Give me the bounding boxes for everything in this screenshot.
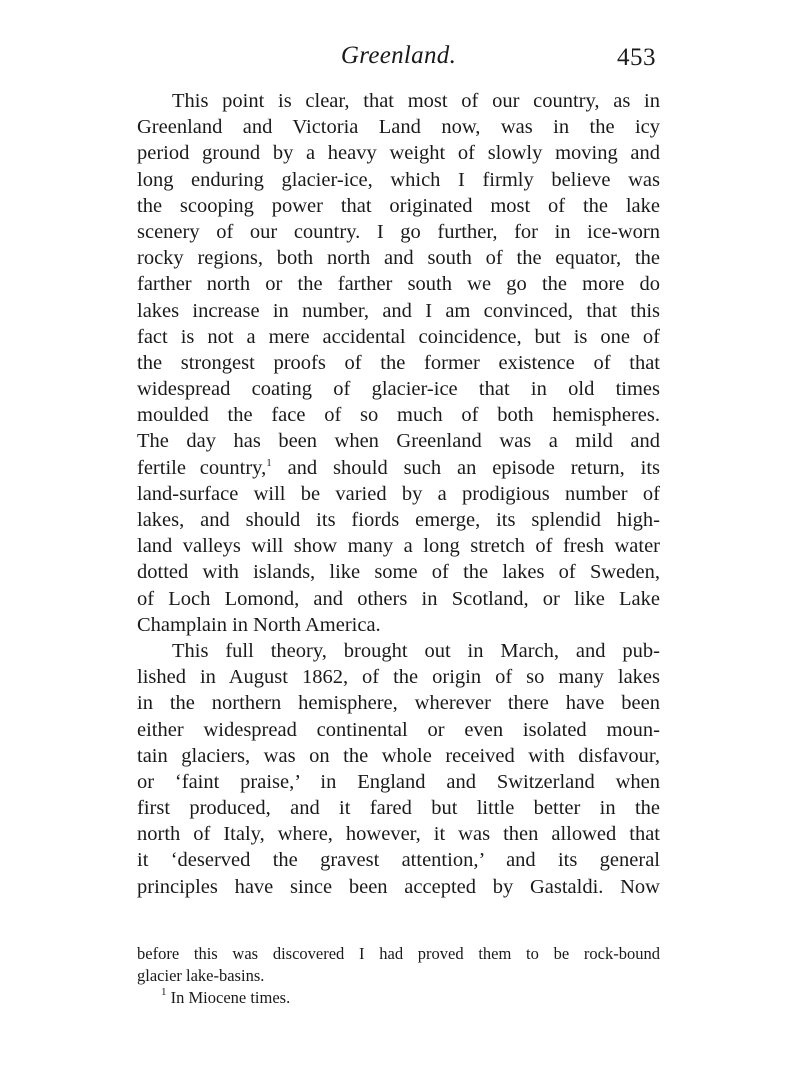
text-line: fact is not a mere accidental coincidenc… <box>137 324 660 350</box>
book-page: Greenland. 453 This point is clear, that… <box>0 0 795 1075</box>
text-line: dotted with islands, like some of the la… <box>137 559 660 585</box>
text-line: the scooping power that originated most … <box>137 193 660 219</box>
running-head: Greenland. 453 <box>137 42 660 82</box>
text-line: of Loch Lomond, and others in Scotland, … <box>137 586 660 612</box>
text-line: Greenland and Victoria Land now, was in … <box>137 114 660 140</box>
text-line: either widespread continental or even is… <box>137 717 660 743</box>
text-line: tain glaciers, was on the whole received… <box>137 743 660 769</box>
text-line: or ‘faint praise,’ in England and Switze… <box>137 769 660 795</box>
text-line: long enduring glacier-ice, which I firml… <box>137 167 660 193</box>
text-line: lakes, and should its fiords emerge, its… <box>137 507 660 533</box>
text-line: This point is clear, that most of our co… <box>137 88 660 114</box>
footnote-1: 1 In Miocene times. <box>137 987 660 1009</box>
text-line: widespread coating of glacier-ice that i… <box>137 376 660 402</box>
page-number: 453 <box>617 44 656 72</box>
footnote-text: In Miocene times. <box>171 988 291 1007</box>
footnotes: before this was discovered I had proved … <box>137 943 660 1009</box>
text-line: lakes increase in number, and I am convi… <box>137 298 660 324</box>
body-text: This point is clear, that most of our co… <box>137 88 660 900</box>
footnote-marker: 1 <box>161 986 167 998</box>
text-line: land valleys will show many a long stret… <box>137 533 660 559</box>
text-line: The day has been when Greenland was a mi… <box>137 428 660 454</box>
footnote-continued-line: before this was discovered I had proved … <box>137 943 660 965</box>
text-line: in the northern hemisphere, wherever the… <box>137 690 660 716</box>
text-line: lished in August 1862, of the origin of … <box>137 664 660 690</box>
text-line: period ground by a heavy weight of slowl… <box>137 140 660 166</box>
text-line: land-surface will be varied by a prodigi… <box>137 481 660 507</box>
text-line: Champlain in North America. <box>137 612 660 638</box>
text-line: fertile country,1 and should such an epi… <box>137 455 660 481</box>
text-line: it ‘deserved the gravest attention,’ and… <box>137 847 660 873</box>
running-title: Greenland. <box>137 42 660 70</box>
text-line: farther north or the farther south we go… <box>137 271 660 297</box>
text-line: first produced, and it fared but little … <box>137 795 660 821</box>
text-line: the strongest proofs of the former exist… <box>137 350 660 376</box>
text-line: principles have since been accepted by G… <box>137 874 660 900</box>
text-line: north of Italy, where, however, it was t… <box>137 821 660 847</box>
text-line: rocky regions, both north and south of t… <box>137 245 660 271</box>
text-line: This full theory, brought out in March, … <box>137 638 660 664</box>
text-line: scenery of our country. I go further, fo… <box>137 219 660 245</box>
footnote-continued-line: glacier lake-basins. <box>137 965 660 987</box>
text-line: moulded the face of so much of both hemi… <box>137 402 660 428</box>
